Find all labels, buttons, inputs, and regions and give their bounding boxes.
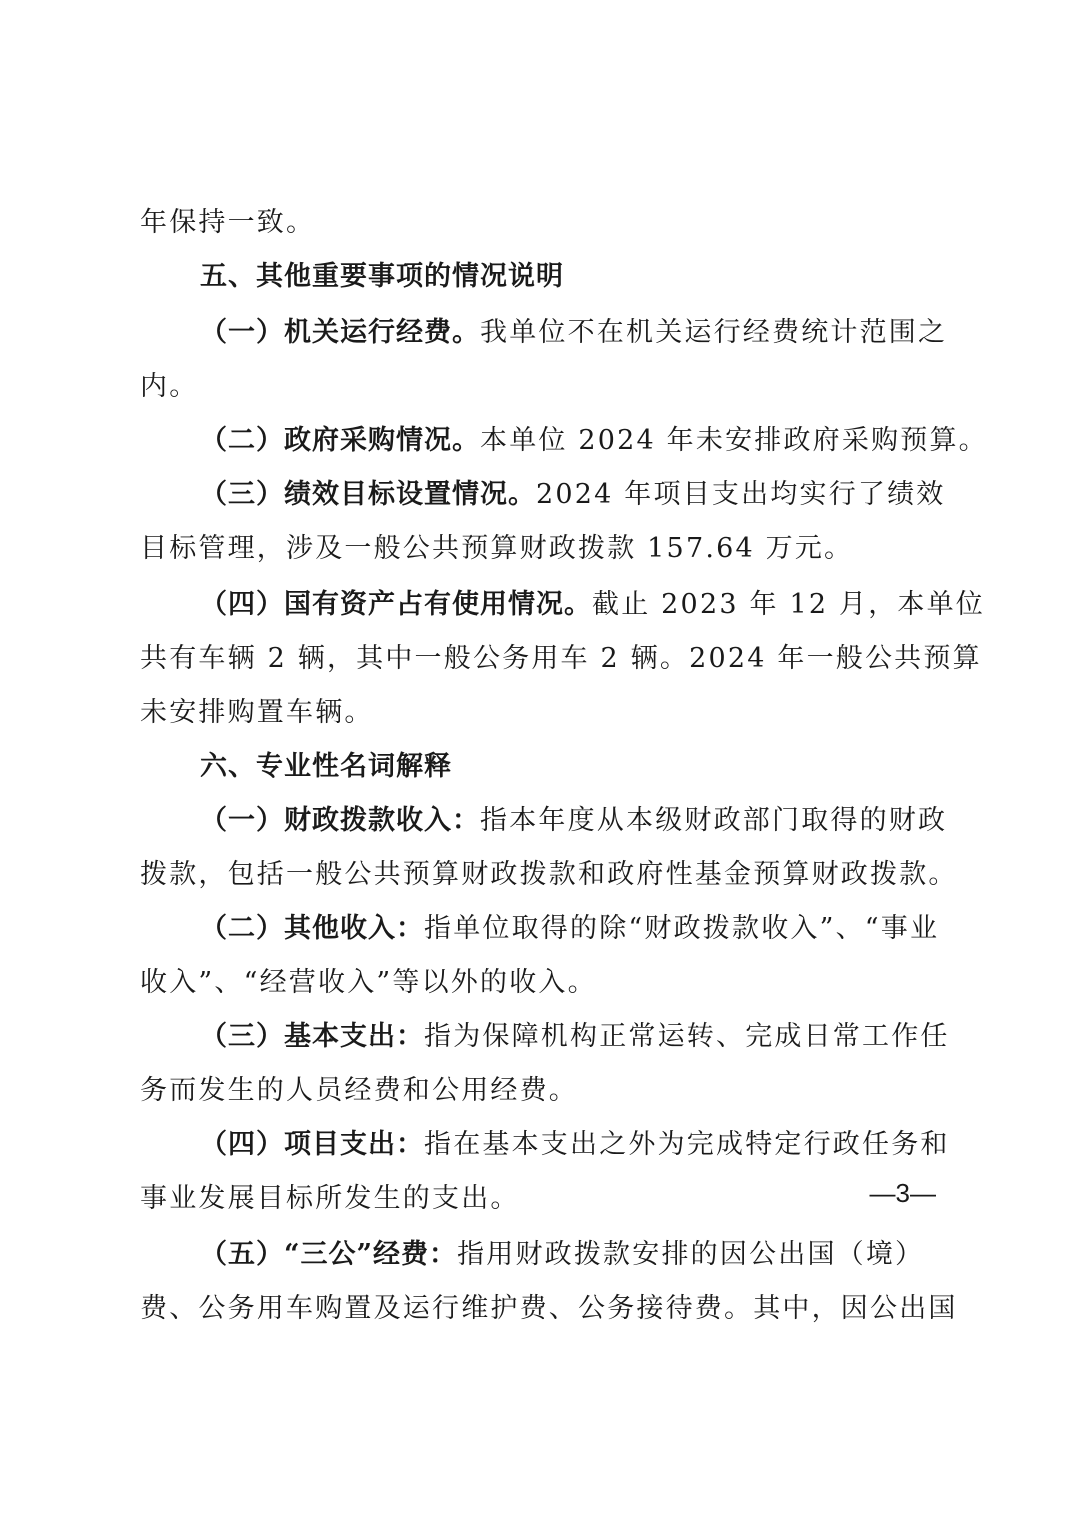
- body-text: 费、公务用车购置及运行维护费、公务接待费。其中，因公出国: [140, 1293, 958, 1324]
- item-performance-targets: （三）绩效目标设置情况。2024 年项目支出均实行了绩效: [200, 468, 946, 522]
- body-text: 共有车辆 2 辆，其中一般公务用车 2 辆。2024 年一般公共预算: [140, 643, 982, 674]
- term-title: （四）项目支出：: [200, 1129, 424, 1160]
- body-text: 指单位取得的除“财政拨款收入”、“事业: [424, 913, 939, 944]
- body-text: 我单位不在机关运行经费统计范围之: [480, 317, 947, 348]
- paragraph-continuation: 务而发生的人员经费和公用经费。: [140, 1064, 578, 1118]
- paragraph-continuation: 收入”、“经营收入”等以外的收入。: [140, 956, 597, 1010]
- term-basic-expenditure: （三）基本支出：指为保障机构正常运转、完成日常工作任: [200, 1010, 950, 1064]
- body-text: 事业发展目标所发生的支出。: [140, 1183, 520, 1214]
- paragraph-continuation: 事业发展目标所发生的支出。: [140, 1172, 520, 1226]
- item-state-assets: （四）国有资产占有使用情况。截止 2023 年 12 月，本单位: [200, 578, 985, 632]
- body-text: 本单位 2024 年未安排政府采购预算。: [480, 425, 988, 456]
- body-text: 务而发生的人员经费和公用经费。: [140, 1075, 578, 1106]
- body-text: 2024 年项目支出均实行了绩效: [536, 479, 946, 510]
- item-title: （二）政府采购情况。: [200, 425, 480, 456]
- body-text: 拨款，包括一般公共预算财政拨款和政府性基金预算财政拨款。: [140, 859, 958, 890]
- term-three-public-expenses: （五）“三公”经费：指用财政拨款安排的因公出国（境）: [200, 1228, 924, 1282]
- body-text: 指为保障机构正常运转、完成日常工作任: [424, 1021, 950, 1052]
- item-operating-expenses: （一）机关运行经费。我单位不在机关运行经费统计范围之: [200, 306, 947, 360]
- page-number: —3—: [870, 1178, 936, 1209]
- body-text: 指用财政拨款安排的因公出国（境）: [457, 1239, 924, 1270]
- paragraph-continuation: 未安排购置车辆。: [140, 686, 374, 740]
- body-text: 收入”、“经营收入”等以外的收入。: [140, 967, 597, 998]
- heading-text: 六、专业性名词解释: [200, 751, 452, 782]
- paragraph-continuation: 年保持一致。: [140, 196, 315, 250]
- paragraph-continuation: 拨款，包括一般公共预算财政拨款和政府性基金预算财政拨款。: [140, 848, 958, 902]
- item-title: （三）绩效目标设置情况。: [200, 479, 536, 510]
- paragraph-continuation: 内。: [140, 360, 198, 414]
- term-fiscal-appropriation-income: （一）财政拨款收入：指本年度从本级财政部门取得的财政: [200, 794, 947, 848]
- paragraph-continuation: 目标管理，涉及一般公共预算财政拨款 157.64 万元。: [140, 522, 853, 576]
- term-title: （五）“三公”经费：: [200, 1239, 457, 1270]
- section-heading-5: 五、其他重要事项的情况说明: [200, 250, 564, 304]
- term-title: （二）其他收入：: [200, 913, 424, 944]
- body-text: 指本年度从本级财政部门取得的财政: [480, 805, 947, 836]
- body-text: 年保持一致。: [140, 207, 315, 238]
- heading-text: 五、其他重要事项的情况说明: [200, 261, 564, 292]
- body-text: 未安排购置车辆。: [140, 697, 374, 728]
- body-text: 指在基本支出之外为完成特定行政任务和: [424, 1129, 950, 1160]
- term-project-expenditure: （四）项目支出：指在基本支出之外为完成特定行政任务和: [200, 1118, 950, 1172]
- paragraph-continuation: 共有车辆 2 辆，其中一般公务用车 2 辆。2024 年一般公共预算: [140, 632, 982, 686]
- section-heading-6: 六、专业性名词解释: [200, 740, 452, 794]
- paragraph-continuation: 费、公务用车购置及运行维护费、公务接待费。其中，因公出国: [140, 1282, 958, 1336]
- body-text: 目标管理，涉及一般公共预算财政拨款 157.64 万元。: [140, 533, 853, 564]
- item-title: （四）国有资产占有使用情况。: [200, 589, 592, 620]
- term-title: （一）财政拨款收入：: [200, 805, 480, 836]
- term-title: （三）基本支出：: [200, 1021, 424, 1052]
- item-title: （一）机关运行经费。: [200, 317, 480, 348]
- term-other-income: （二）其他收入：指单位取得的除“财政拨款收入”、“事业: [200, 902, 939, 956]
- body-text: 内。: [140, 371, 198, 402]
- item-government-procurement: （二）政府采购情况。本单位 2024 年未安排政府采购预算。: [200, 414, 988, 468]
- body-text: 截止 2023 年 12 月，本单位: [592, 589, 985, 620]
